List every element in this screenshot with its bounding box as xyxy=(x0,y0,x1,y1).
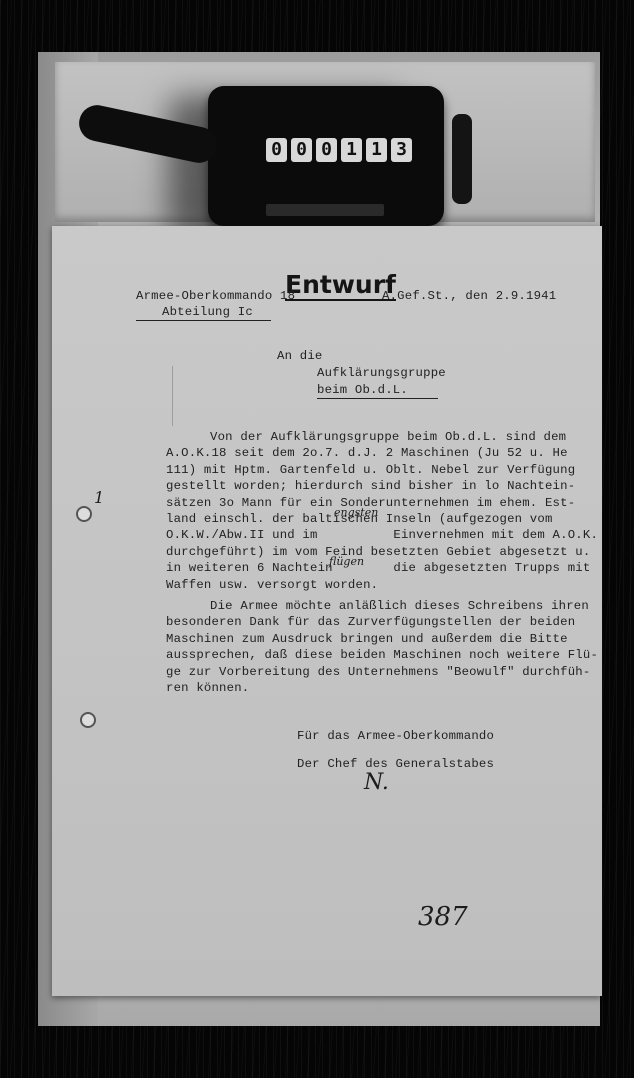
closing-line2: Der Chef des Generalstabes xyxy=(297,756,494,772)
body-line: ren können. xyxy=(166,680,249,696)
counter-digit: 0 xyxy=(291,138,312,162)
body-line: O.K.W./Abw.II und im Einvernehmen mit de… xyxy=(166,527,598,543)
body-line: durchgeführt) im vom Feind besetzten Geb… xyxy=(166,544,590,560)
punch-hole xyxy=(76,506,92,522)
body-line: aussprechen, daß diese beiden Maschinen … xyxy=(166,647,598,663)
margin-mark xyxy=(172,366,173,426)
recipient-line2: beim Ob.d.L. xyxy=(317,382,438,399)
page-number: 387 xyxy=(418,902,468,932)
handwritten-correction: engsten xyxy=(334,506,378,519)
body-line: Maschinen zum Ausdruck bringen und außer… xyxy=(166,631,568,647)
punch-hole xyxy=(80,712,96,728)
document-page: Entwurf Armee-Oberkommando 18 A.Gef.St.,… xyxy=(52,226,602,996)
body-line: Die Armee möchte anläßlich dieses Schrei… xyxy=(210,598,589,614)
counter-digits: 0 0 0 1 1 3 xyxy=(266,138,412,162)
body-line: gestellt worden; hierdurch sind bisher i… xyxy=(166,478,575,494)
body-line: besonderen Dank für das Zurverfügungstel… xyxy=(166,614,575,630)
counter-slot xyxy=(266,204,384,216)
counter-digit: 3 xyxy=(391,138,412,162)
signature: N. xyxy=(364,770,389,795)
counter-knob xyxy=(452,114,472,204)
department: Abteilung Ic xyxy=(136,304,271,321)
sender: Armee-Oberkommando 18 xyxy=(136,288,295,304)
recipient-salutation: An die xyxy=(277,348,322,364)
counter-digit: 1 xyxy=(366,138,387,162)
body-line: ge zur Vorbereitung des Unternehmens "Be… xyxy=(166,664,590,680)
frame-counter-device: 0 0 0 1 1 3 xyxy=(208,86,444,226)
body-line: A.O.K.18 seit dem 2o.7. d.J. 2 Maschinen… xyxy=(166,445,568,461)
body-line: Von der Aufklärungsgruppe beim Ob.d.L. s… xyxy=(210,429,566,445)
counter-digit: 0 xyxy=(316,138,337,162)
body-line: in weiteren 6 Nachtein die abgesetzten T… xyxy=(166,560,590,576)
recipient-line1: Aufklärungsgruppe xyxy=(317,365,446,381)
counter-digit: 0 xyxy=(266,138,287,162)
counter-digit: 1 xyxy=(341,138,362,162)
closing-line1: Für das Armee-Oberkommando xyxy=(297,728,494,744)
handwritten-correction: flügen xyxy=(329,555,364,568)
body-line: Waffen usw. versorgt worden. xyxy=(166,577,378,593)
margin-note: 1 xyxy=(94,488,104,507)
body-line: 111) mit Hptm. Gartenfeld u. Oblt. Nebel… xyxy=(166,462,575,478)
place-date: A.Gef.St., den 2.9.1941 xyxy=(382,288,556,304)
draft-stamp: Entwurf xyxy=(285,272,396,301)
